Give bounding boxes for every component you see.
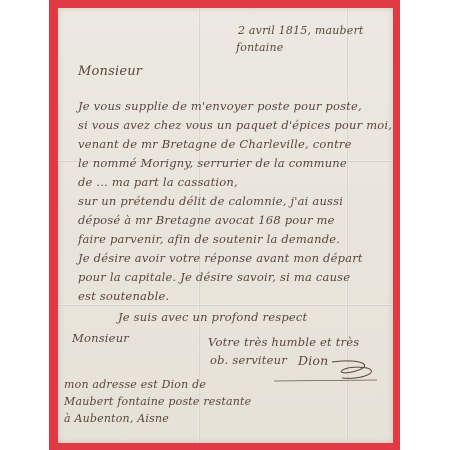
postscript-line: mon adresse est Dion de xyxy=(64,378,206,391)
body-line: déposé à mr Bretagne avocat 168 pour me xyxy=(78,213,335,227)
letter-place-continued: fontaine xyxy=(236,41,283,54)
postscript-line: à Aubenton, Aisne xyxy=(64,412,169,425)
fold-line-horizontal xyxy=(58,304,393,306)
body-line: est soutenable. xyxy=(78,289,169,303)
letter-date-place: 2 avril 1815, maubert xyxy=(238,24,364,37)
body-line: Je vous supplie de m'envoyer poste pour … xyxy=(78,99,362,113)
body-line: faire parvenir, afin de soutenir la dema… xyxy=(78,232,340,246)
letter-closing-line: Je suis avec un profond respect xyxy=(118,310,307,324)
body-line: sur un prétendu délit de calomnie, j'ai … xyxy=(78,194,343,208)
letter-closing-salutation: Monsieur xyxy=(72,331,129,345)
signature-flourish-icon xyxy=(272,356,382,386)
letter-paper: 2 avril 1815, maubert fontaine Monsieur … xyxy=(58,8,393,443)
postscript-line: Maubert fontaine poste restante xyxy=(64,395,251,408)
body-line: venant de mr Bretagne de Charleville, co… xyxy=(78,137,352,151)
body-line: si vous avez chez vous un paquet d'épice… xyxy=(78,118,392,132)
body-line: le nommé Morigny, serrurier de la commun… xyxy=(78,156,347,170)
body-line: de ... ma part la cassation, xyxy=(78,175,238,189)
signature-line-1: Votre très humble et très xyxy=(208,335,359,349)
body-line: pour la capitale. Je désire savoir, si m… xyxy=(78,270,350,284)
body-line: Je désire avoir votre réponse avant mon … xyxy=(78,251,363,265)
letter-salutation: Monsieur xyxy=(78,64,142,79)
